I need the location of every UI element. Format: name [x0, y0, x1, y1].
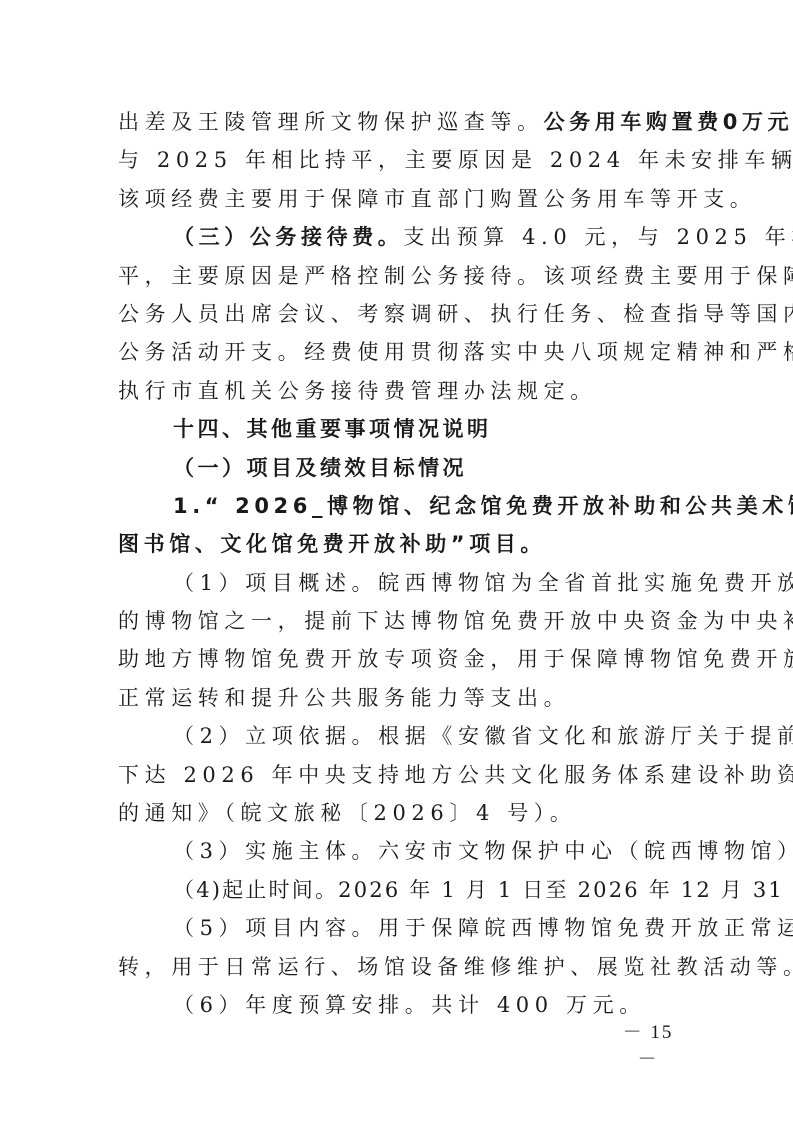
page-number: － 15 －: [613, 1017, 683, 1071]
item-budget: （6）年度预算安排。共计 400 万元。: [118, 986, 674, 1024]
text-line: 该项经费主要用于保障市直部门购置公务用车等开支。: [118, 180, 674, 218]
text-line: 公务人员出席会议、考察调研、执行任务、检查指导等国内: [118, 295, 674, 333]
bold-text-segment: 公务用车购置费0万元，: [544, 110, 793, 134]
text-line: （5）项目内容。用于保障皖西博物馆免费开放正常运: [118, 909, 674, 947]
text-line: 正常运转和提升公共服务能力等支出。: [118, 679, 674, 717]
text-segment: 与 2025 年相比持平，主要原因是 2024 年未安排车辆购置。: [118, 148, 793, 172]
text-line: 转，用于日常运行、场馆设备维修维护、展览社教活动等。: [118, 948, 674, 986]
document-page: 出差及王陵管理所文物保护巡查等。公务用车购置费0万元， 与 2025 年相比持平…: [0, 0, 793, 1122]
subsection-title-reception-fee: （三）公务接待费。: [173, 225, 403, 249]
text-segment: 执行市直机关公务接待费管理办法规定。: [118, 379, 597, 403]
text-segment: 公务人员出席会议、考察调研、执行任务、检查指导等国内: [118, 302, 793, 326]
subsection-heading-projects: （一）项目及绩效目标情况: [118, 449, 674, 487]
text-line: 公务活动开支。经费使用贯彻落实中央八项规定精神和严格: [118, 333, 674, 371]
text-line: 下达 2026 年中央支持地方公共文化服务体系建设补助资金: [118, 756, 674, 794]
text-segment: 该项经费主要用于保障市直部门购置公务用车等开支。: [118, 187, 756, 211]
text-line: （3）实施主体。六安市文物保护中心（皖西博物馆）。: [118, 832, 674, 870]
project-title-line-2: 图书馆、文化馆免费开放补助”项目。: [118, 525, 674, 563]
text-line: 的通知》（皖文旅秘〔2026〕4 号）。: [118, 794, 674, 832]
text-line: 助地方博物馆免费开放专项资金，用于保障博物馆免费开放: [118, 640, 674, 678]
text-segment: 平，主要原因是严格控制公务接待。该项经费主要用于保障: [118, 264, 793, 288]
item-basis: （2）立项依据。根据《安徽省文化和旅游厅关于提前 下达 2026 年中央支持地方…: [118, 717, 674, 832]
text-line: 平，主要原因是严格控制公务接待。该项经费主要用于保障: [118, 257, 674, 295]
section-heading-14: 十四、其他重要事项情况说明: [118, 410, 674, 448]
text-line: （4)起止时间。2026 年 1 月 1 日至 2026 年 12 月 31 日…: [118, 871, 674, 909]
item-content: （5）项目内容。用于保障皖西博物馆免费开放正常运 转，用于日常运行、场馆设备维修…: [118, 909, 674, 986]
item-period: （4)起止时间。2026 年 1 月 1 日至 2026 年 12 月 31 日…: [118, 871, 674, 909]
text-line: （1）项目概述。皖西博物馆为全省首批实施免费开放: [118, 564, 674, 602]
text-line: 执行市直机关公务接待费管理办法规定。: [118, 372, 674, 410]
item-implementer: （3）实施主体。六安市文物保护中心（皖西博物馆）。: [118, 832, 674, 870]
text-segment: 公务活动开支。经费使用贯彻落实中央八项规定精神和严格: [118, 340, 793, 364]
project-title-line-1: 1.“ 2026_博物馆、纪念馆免费开放补助和公共美术馆、: [118, 487, 674, 525]
text-line: （2）立项依据。根据《安徽省文化和旅游厅关于提前: [118, 717, 674, 755]
text-line: 与 2025 年相比持平，主要原因是 2024 年未安排车辆购置。: [118, 141, 674, 179]
text-segment: 出差及王陵管理所文物保护巡查等。: [118, 110, 544, 134]
text-segment: 支出预算 4.0 元，与 2025 年相比持: [403, 225, 793, 249]
text-line: （6）年度预算安排。共计 400 万元。: [118, 986, 674, 1024]
text-line: 出差及王陵管理所文物保护巡查等。公务用车购置费0万元，: [118, 103, 674, 141]
item-overview: （1）项目概述。皖西博物馆为全省首批实施免费开放 的博物馆之一，提前下达博物馆免…: [118, 564, 674, 718]
document-body: 出差及王陵管理所文物保护巡查等。公务用车购置费0万元， 与 2025 年相比持平…: [118, 103, 674, 1024]
text-line: 的博物馆之一，提前下达博物馆免费开放中央资金为中央补: [118, 602, 674, 640]
text-line: （三）公务接待费。支出预算 4.0 元，与 2025 年相比持: [118, 218, 674, 256]
